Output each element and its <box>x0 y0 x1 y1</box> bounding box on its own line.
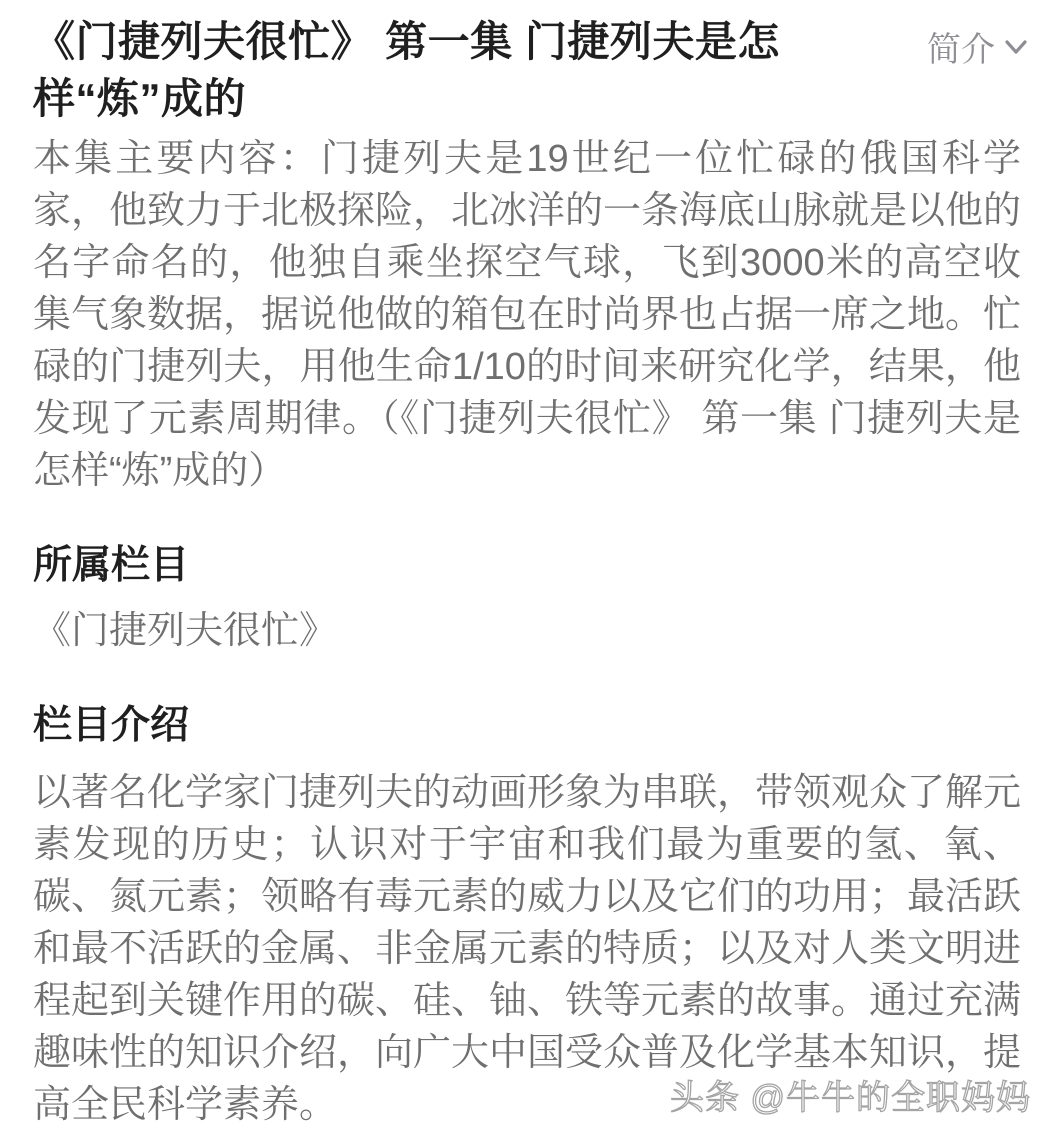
chevron-down-icon <box>999 30 1033 64</box>
section-heading-category: 所属栏目 <box>33 539 1021 593</box>
category-value: 《门捷列夫很忙》 <box>33 605 1021 657</box>
page-title: 《门捷列夫很忙》 第一集 门捷列夫是怎样“炼”成的 <box>33 13 883 127</box>
synopsis-panel: 《门捷列夫很忙》 第一集 门捷列夫是怎样“炼”成的 简介 本集主要内容：门捷列夫… <box>0 0 1047 1131</box>
section-heading-series-intro: 栏目介绍 <box>33 699 1021 753</box>
header: 《门捷列夫很忙》 第一集 门捷列夫是怎样“炼”成的 简介 <box>33 13 1021 127</box>
episode-description: 本集主要内容：门捷列夫是19世纪一位忙碌的俄国科学家，他致力于北极探险，北冰洋的… <box>33 133 1021 497</box>
series-intro-description: 以著名化学家门捷列夫的动画形象为串联，带领观众了解元素发现的历史；认识对于宇宙和… <box>33 767 1021 1131</box>
brief-toggle-button[interactable]: 简介 <box>927 22 1033 71</box>
brief-toggle-label: 简介 <box>927 22 995 71</box>
